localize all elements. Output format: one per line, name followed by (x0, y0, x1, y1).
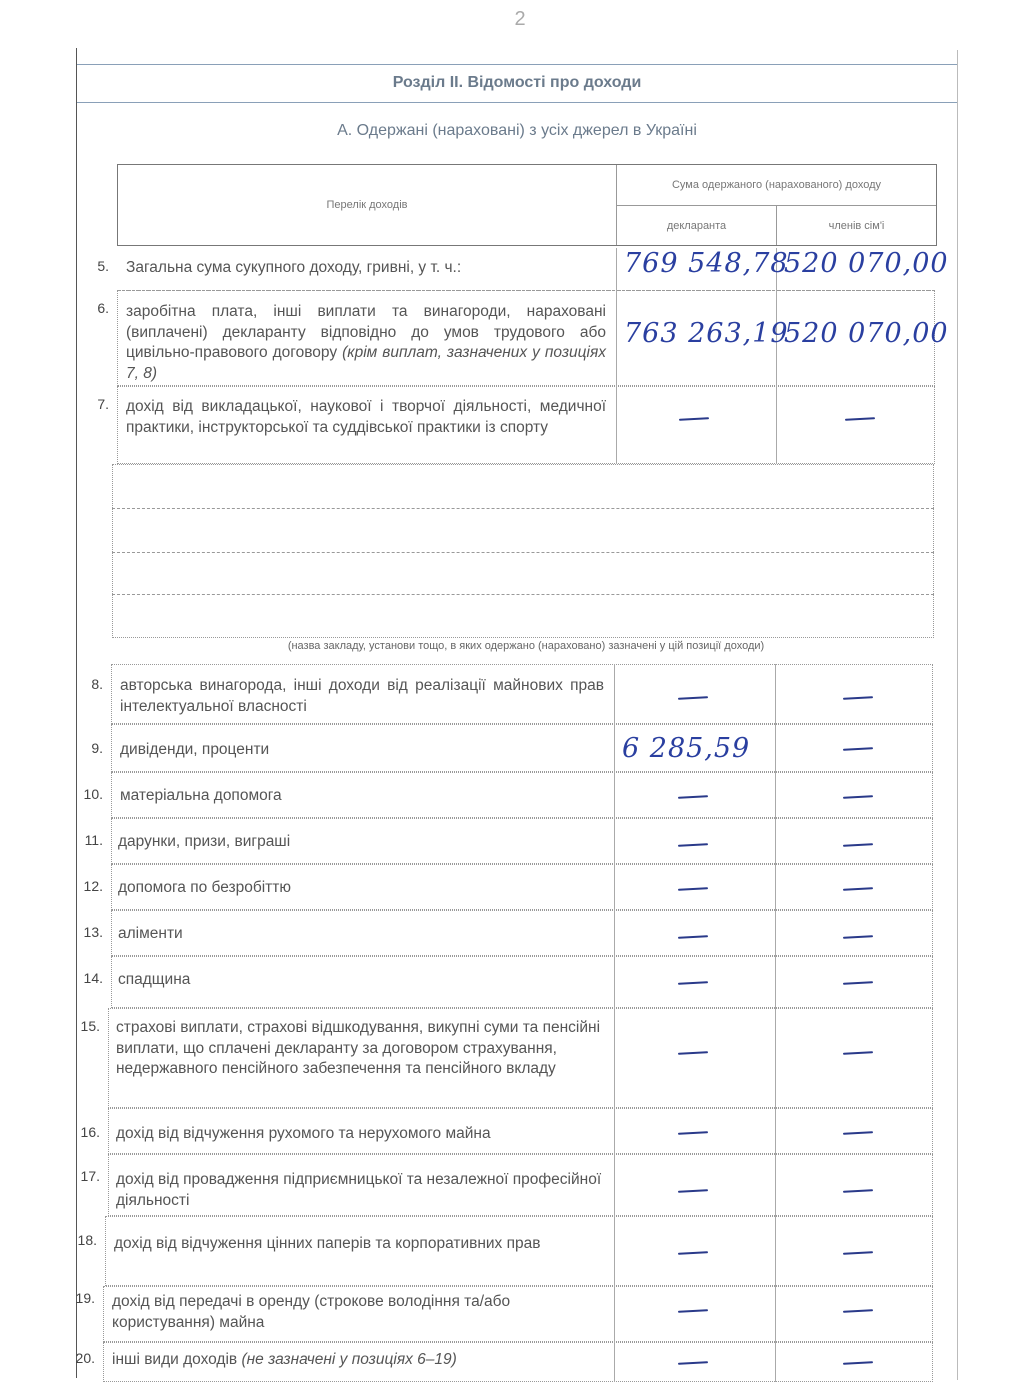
header-family: членів сім'і (777, 206, 936, 245)
column-divider (614, 818, 615, 864)
row-number: 13. (73, 924, 103, 940)
row-description: заробітна плата, інші виплати та винагор… (126, 302, 606, 384)
row-description: дивіденди, проценти (120, 740, 604, 761)
row-description: дохід від відчуження цінних паперів та к… (114, 1234, 604, 1255)
row-description-text: допомога по безробіттю (118, 879, 291, 896)
column-divider (775, 724, 776, 772)
row-description-text: дохід від передачі в оренду (строкове во… (112, 1293, 510, 1331)
family-amount: 520 070,00 (784, 248, 949, 279)
row-description-text: дохід від відчуження рухомого та нерухом… (116, 1125, 491, 1142)
header-income-list: Перелік доходів (118, 165, 617, 245)
column-divider (616, 386, 617, 464)
row-description-text: дохід від викладацької, наукової і творч… (126, 398, 606, 436)
column-divider (775, 664, 776, 724)
row-number: 18. (67, 1232, 97, 1248)
row-description-text: дарунки, призи, виграші (118, 833, 290, 850)
row-number: 20. (65, 1350, 95, 1366)
column-divider (614, 664, 615, 724)
row-description-text: Загальна сума сукупного доходу, гривні, … (126, 259, 461, 276)
row-number: 8. (73, 676, 103, 692)
row-description-text: спадщина (118, 971, 190, 988)
row-description: авторська винагорода, інші доходи від ре… (120, 676, 604, 717)
row-number: 19. (65, 1290, 95, 1306)
column-divider (775, 1342, 776, 1382)
row-description: дохід від передачі в оренду (строкове во… (112, 1292, 604, 1333)
row-number: 14. (73, 970, 103, 986)
row-description: спадщина (118, 970, 604, 991)
declarant-amount: 769 548,78 (624, 248, 789, 279)
row-number: 15. (70, 1018, 100, 1034)
row-description-text: дохід від провадження підприємницької та… (116, 1171, 601, 1209)
column-divider (614, 1008, 615, 1108)
row-number: 11. (73, 832, 103, 848)
column-divider (775, 956, 776, 1008)
row-description: матеріальна допомога (120, 786, 604, 807)
row-description: страхові виплати, страхові відшкодування… (116, 1018, 604, 1080)
family-amount: 520 070,00 (784, 318, 949, 349)
column-divider (616, 290, 617, 386)
institution-name-line (112, 594, 934, 595)
institution-name-field[interactable] (112, 464, 934, 638)
page-number: 2 (0, 8, 1020, 31)
column-divider (775, 1154, 776, 1216)
table-header: Перелік доходів Сума одержаного (нарахов… (117, 164, 937, 246)
header-amount-group: Сума одержаного (нарахованого) доходу (617, 165, 936, 206)
row-description-text: авторська винагорода, інші доходи від ре… (120, 677, 604, 715)
row-description-text: матеріальна допомога (120, 787, 282, 804)
column-divider (775, 818, 776, 864)
column-divider (775, 772, 776, 818)
section-title: Розділ II. Відомості про доходи (77, 74, 957, 92)
row-description: дарунки, призи, виграші (118, 832, 604, 853)
column-divider (614, 1342, 615, 1382)
row-description: Загальна сума сукупного доходу, гривні, … (126, 258, 606, 279)
declarant-amount: 6 285,59 (622, 733, 750, 764)
row-number: 17. (70, 1168, 100, 1184)
row-description: аліменти (118, 924, 604, 945)
column-divider (614, 724, 615, 772)
column-divider (616, 248, 617, 290)
row-description: дохід від провадження підприємницької та… (116, 1170, 604, 1211)
column-divider (775, 1286, 776, 1342)
row-number: 10. (73, 786, 103, 802)
column-divider (775, 1008, 776, 1108)
column-divider (614, 772, 615, 818)
declarant-amount: 763 263,19 (624, 318, 789, 349)
section-bottom-rule (77, 102, 957, 103)
column-divider (614, 1154, 615, 1216)
column-divider (775, 910, 776, 956)
row-description: допомога по безробіттю (118, 878, 604, 899)
row-description: дохід від відчуження рухомого та нерухом… (116, 1124, 604, 1145)
column-divider (614, 1216, 615, 1286)
column-divider (776, 386, 777, 464)
row-description-text: аліменти (118, 925, 183, 942)
column-divider (614, 1286, 615, 1342)
row-description-text: інші види доходів (112, 1351, 237, 1368)
row-number: 5. (79, 258, 109, 274)
institution-note: (назва закладу, установи тощо, в яких од… (117, 640, 935, 652)
row-description-text: дивіденди, проценти (120, 741, 269, 758)
frame-right-border (957, 50, 958, 1380)
row-description-text: страхові виплати, страхові відшкодування… (116, 1019, 600, 1077)
subsection-title: А. Одержані (нараховані) з усіх джерел в… (77, 122, 957, 140)
column-divider (614, 864, 615, 910)
row-number: 16. (70, 1124, 100, 1140)
row-number: 7. (79, 396, 109, 412)
row-number: 9. (73, 740, 103, 756)
column-divider (775, 1216, 776, 1286)
column-divider (614, 910, 615, 956)
institution-name-line (112, 508, 934, 509)
row-description: інші види доходів (не зазначені у позиці… (112, 1350, 604, 1371)
institution-name-line (112, 552, 934, 553)
row-description-text: дохід від відчуження цінних паперів та к… (114, 1235, 540, 1252)
column-divider (614, 956, 615, 1008)
header-declarant: декларанта (617, 206, 777, 245)
column-divider (775, 1108, 776, 1154)
column-divider (775, 864, 776, 910)
row-number: 12. (73, 878, 103, 894)
section-top-rule (77, 64, 957, 65)
column-divider (614, 1108, 615, 1154)
row-description-note: (не зазначені у позиціях 6–19) (241, 1351, 456, 1368)
row-number: 6. (79, 300, 109, 316)
row-description: дохід від викладацької, наукової і творч… (126, 397, 606, 438)
